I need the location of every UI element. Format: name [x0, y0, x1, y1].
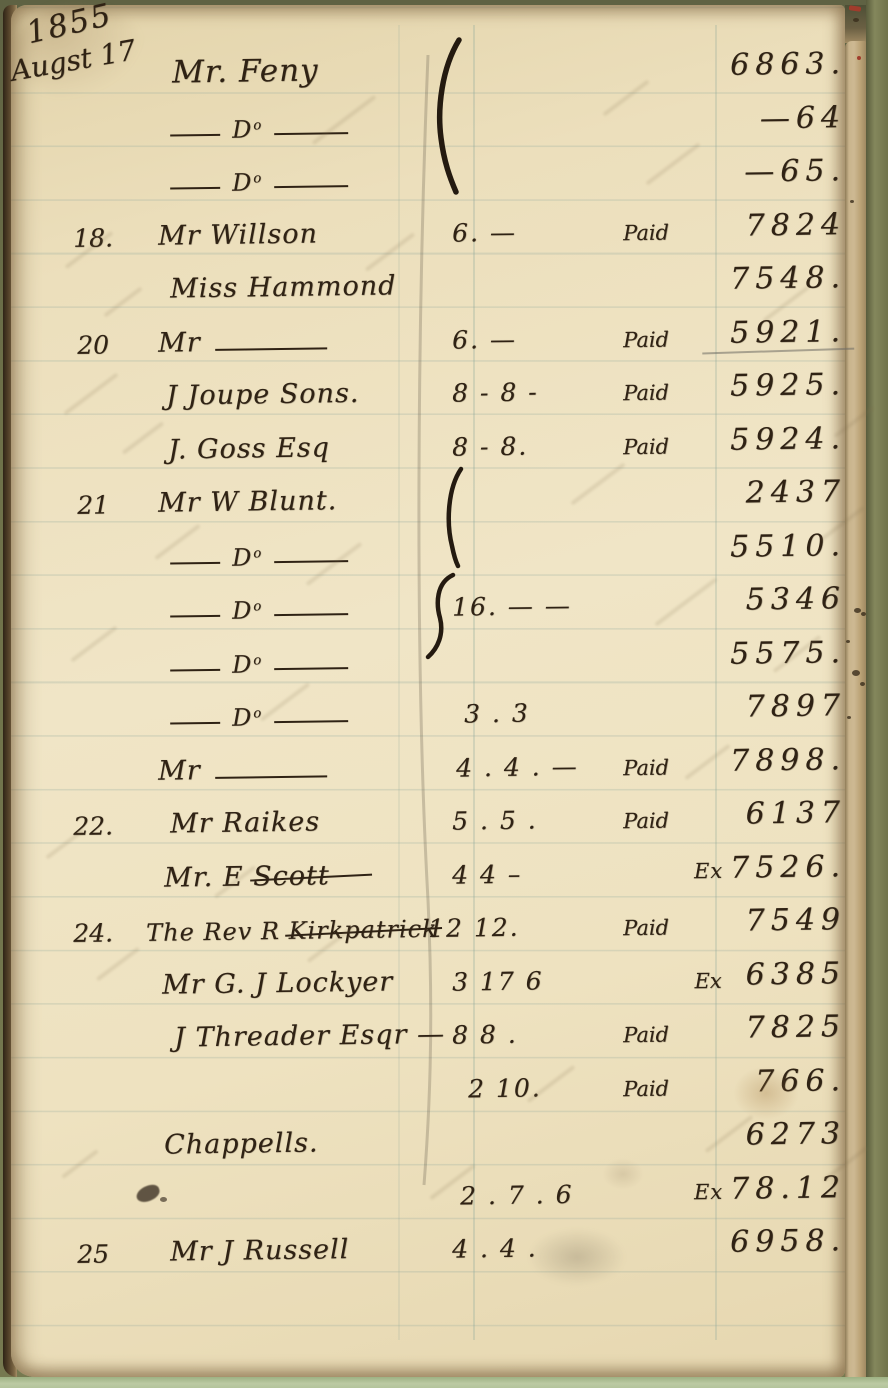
- stain: [733, 1066, 799, 1120]
- entry-name: Do: [158, 165, 468, 197]
- red-edge-mark: [857, 56, 861, 60]
- entry-number: 7548.: [688, 260, 846, 297]
- edge-speck: [860, 682, 865, 686]
- entry-status: Paid: [594, 915, 698, 940]
- entry-number: 5575.: [688, 635, 846, 672]
- entry-amount: 2 . 7 . 6: [460, 1179, 620, 1210]
- ditto-rule: [274, 667, 348, 670]
- ditto-rule: [170, 668, 220, 671]
- ditto-mark: Do: [232, 168, 263, 196]
- entry-amount: 4 4 –: [452, 858, 612, 889]
- ditto-rule: [274, 132, 348, 135]
- entry-name: Do: [158, 593, 468, 625]
- ditto-rule: [170, 561, 220, 564]
- entry-amount: 8 8 .: [452, 1018, 612, 1049]
- ink-blot: [160, 1197, 167, 1202]
- entry-name: Mr J Russell: [170, 1232, 480, 1267]
- entry-amount: 4 . 4 . —: [456, 751, 616, 782]
- entry-name: Mr G. J Lockyer: [162, 965, 472, 1000]
- ditto-mark: Do: [232, 703, 263, 731]
- entry-number: 2437: [688, 474, 846, 511]
- entry-amount: 8 - 8.: [452, 430, 612, 461]
- entry-status: Paid: [594, 220, 698, 245]
- ditto-rule: [170, 722, 220, 725]
- entry-name: Chappells.: [164, 1125, 474, 1160]
- entry-name: Do: [158, 700, 468, 732]
- entry-name: Mr. E Scott: [164, 858, 474, 893]
- entry-number: 7549: [688, 902, 846, 939]
- entry-number: —65.: [688, 153, 846, 190]
- ditto-rule: [274, 613, 348, 616]
- ditto-rule: [274, 185, 348, 188]
- struck-name: Kirkpatrick: [288, 915, 437, 945]
- ex-mark: Ex: [694, 858, 724, 882]
- entry-name: Mr W Blunt.: [158, 483, 468, 518]
- entry-status: Paid: [594, 434, 698, 459]
- ditto-mark: Do: [232, 596, 263, 624]
- edge-speck: [850, 200, 854, 203]
- entry-number: Ex7526.: [688, 849, 846, 886]
- entry-status: Paid: [594, 327, 698, 352]
- entry-amount: 6. —: [452, 216, 612, 247]
- ditto-mark: Do: [232, 115, 263, 143]
- entry-name: Mr: [158, 751, 468, 786]
- entry-date: 25: [56, 1239, 130, 1269]
- entry-amount: 3 . 3: [464, 697, 624, 728]
- entry-number: 6385: [688, 956, 846, 993]
- entry-number: 7897: [688, 688, 846, 725]
- struck-name: Scott: [253, 860, 330, 892]
- entry-name: The Rev R Kirkpatrick: [146, 915, 456, 947]
- entry-number: 5346: [688, 581, 846, 618]
- ditto-rule: [170, 133, 220, 136]
- entry-amount: 8 - 8 -: [452, 376, 612, 407]
- entry-amount: 6. —: [452, 323, 612, 354]
- stain: [602, 1158, 644, 1190]
- entry-status: Paid: [594, 808, 698, 833]
- edge-speck: [854, 608, 861, 613]
- entry-amount: 5 . 5 .: [452, 804, 612, 835]
- ditto-rule: [170, 187, 220, 190]
- ditto-mark: Do: [232, 543, 263, 571]
- entry-name: Do: [158, 647, 468, 679]
- edge-speck: [846, 640, 850, 643]
- entry-status: Paid: [594, 1076, 698, 1101]
- entry-name: J Joupe Sons.: [166, 376, 476, 411]
- entry-number: 7825: [688, 1009, 846, 1046]
- entry-status: Paid: [594, 755, 698, 780]
- entry-amount: 3 17 6: [452, 965, 612, 996]
- entry-number: Ex78.12: [688, 1170, 846, 1207]
- entry-date: 22.: [56, 811, 130, 841]
- entry-status: Paid: [594, 380, 698, 405]
- entry-amount: 16. — —: [452, 590, 612, 621]
- ledger-page-photo: 1855 Augst 17 Mr. Feny6863.Do—64Do—65.18…: [0, 0, 888, 1388]
- brace-flourish: [432, 36, 468, 196]
- edge-speck: [847, 716, 851, 719]
- entry-number: 6137: [688, 795, 846, 832]
- brace-flourish: [424, 572, 458, 662]
- edge-speck: [852, 670, 860, 676]
- entry-number: 5924.: [688, 421, 846, 458]
- entry-date: 24.: [56, 918, 130, 948]
- entry-date: 21: [56, 490, 130, 520]
- entry-number: 5510.: [688, 528, 846, 565]
- entry-name: Miss Hammond: [170, 269, 480, 304]
- entry-name: Mr Willson: [158, 216, 468, 251]
- entry-status: Paid: [594, 1022, 698, 1047]
- entry-date: 20: [56, 330, 130, 360]
- entry-number: 7824: [688, 207, 846, 244]
- edge-speck: [853, 18, 859, 22]
- entry-amount: 12 12.: [428, 912, 588, 943]
- entry-name: J Threader Esqr —: [174, 1018, 484, 1053]
- entry-name: Do: [158, 540, 468, 572]
- page-content: 1855 Augst 17 Mr. Feny6863.Do—64Do—65.18…: [0, 0, 888, 1388]
- ditto-rule: [170, 615, 220, 618]
- brace-flourish: [440, 466, 470, 570]
- entry-number: 5925.: [688, 367, 846, 404]
- name-rule: [215, 775, 327, 779]
- entry-name: Mr Raikes: [170, 804, 480, 839]
- name-rule: [215, 347, 327, 351]
- entry-number: —64: [688, 100, 846, 137]
- entry-number: 6958.: [688, 1223, 846, 1260]
- ditto-rule: [274, 720, 348, 723]
- entry-number: 6863.: [688, 46, 846, 83]
- edge-speck: [861, 612, 866, 616]
- ditto-mark: Do: [232, 650, 263, 678]
- entry-name: J. Goss Esq: [168, 430, 478, 465]
- stain: [528, 1228, 626, 1286]
- ex-mark: Ex: [694, 1179, 724, 1203]
- entry-name: Mr: [158, 323, 468, 358]
